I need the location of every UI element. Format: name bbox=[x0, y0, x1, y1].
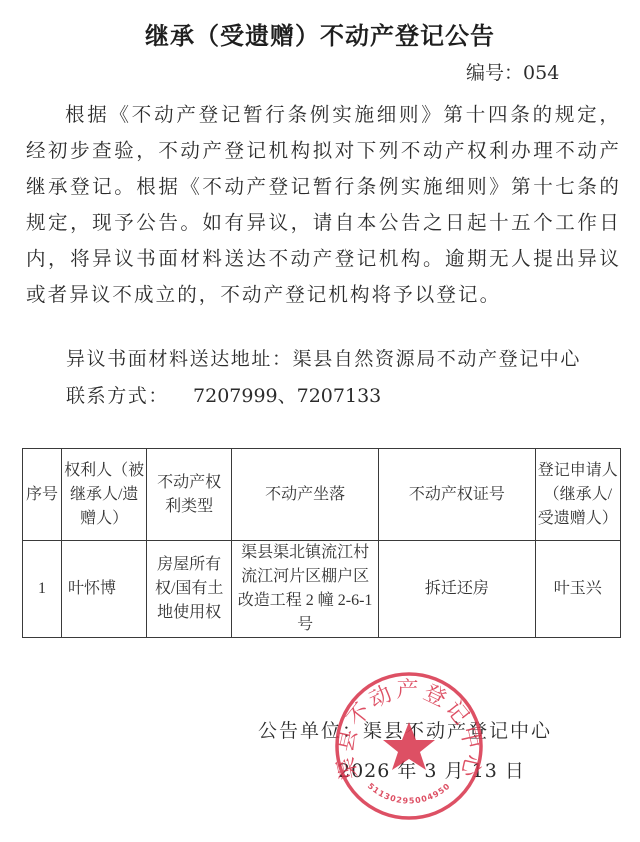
header-right-type: 不动产权利类型 bbox=[147, 449, 232, 541]
official-seal: 渠县不动产登记中心 51130295004950 bbox=[333, 670, 485, 822]
cell-location: 渠县渠北镇流江村流江河片区棚户区改造工程 2 幢 2-6-1 号 bbox=[232, 541, 379, 638]
issuing-unit-value: 渠县不动产登记中心 bbox=[363, 720, 552, 742]
table-row: 1 叶怀博 房屋所有权/国有土地使用权 渠县渠北镇流江村流江河片区棚户区改造工程… bbox=[23, 541, 621, 638]
issue-date: 2026 年 3 月 13 日 bbox=[338, 756, 525, 783]
header-location: 不动产坐落 bbox=[232, 449, 379, 541]
cell-certificate: 拆迁还房 bbox=[379, 541, 536, 638]
cell-seq: 1 bbox=[23, 541, 62, 638]
objection-address-value: 渠县自然资源局不动产登记中心 bbox=[293, 348, 581, 370]
issuing-unit-label: 公告单位： bbox=[258, 720, 363, 742]
cell-right-type: 房屋所有权/国有土地使用权 bbox=[147, 541, 232, 638]
contact-phones: 7207999、7207133 bbox=[193, 385, 381, 407]
header-seq: 序号 bbox=[23, 449, 62, 541]
header-applicant: 登记申请人（继承人/受遗赠人） bbox=[535, 449, 620, 541]
issuing-unit: 公告单位：渠县不动产登记中心 bbox=[258, 716, 552, 743]
page-title: 继承（受遗赠）不动产登记公告 bbox=[0, 16, 640, 51]
objection-address-label: 异议书面材料送达地址： bbox=[66, 348, 293, 370]
cell-applicant: 叶玉兴 bbox=[535, 541, 620, 638]
contact-info: 联系方式：7207999、7207133 bbox=[66, 381, 381, 408]
table-header-row: 序号 权利人（被继承人/遗赠人） 不动产权利类型 不动产坐落 不动产权证号 登记… bbox=[23, 449, 621, 541]
document-number: 编号：054 bbox=[466, 58, 559, 85]
announcement-body: 根据《不动产登记暂行条例实施细则》第十四条的规定，经初步查验，不动产登记机构拟对… bbox=[26, 97, 621, 313]
document-number-value: 054 bbox=[523, 62, 559, 84]
header-certificate: 不动产权证号 bbox=[379, 449, 536, 541]
document-number-label: 编号： bbox=[466, 62, 523, 84]
cell-holder: 叶怀博 bbox=[62, 541, 147, 638]
seal-serial: 51130295004950 bbox=[366, 781, 452, 805]
contact-label: 联系方式： bbox=[66, 385, 169, 407]
seal-ring bbox=[337, 674, 481, 818]
registration-table: 序号 权利人（被继承人/遗赠人） 不动产权利类型 不动产坐落 不动产权证号 登记… bbox=[22, 448, 621, 638]
header-holder: 权利人（被继承人/遗赠人） bbox=[62, 449, 147, 541]
objection-address: 异议书面材料送达地址：渠县自然资源局不动产登记中心 bbox=[66, 344, 581, 371]
